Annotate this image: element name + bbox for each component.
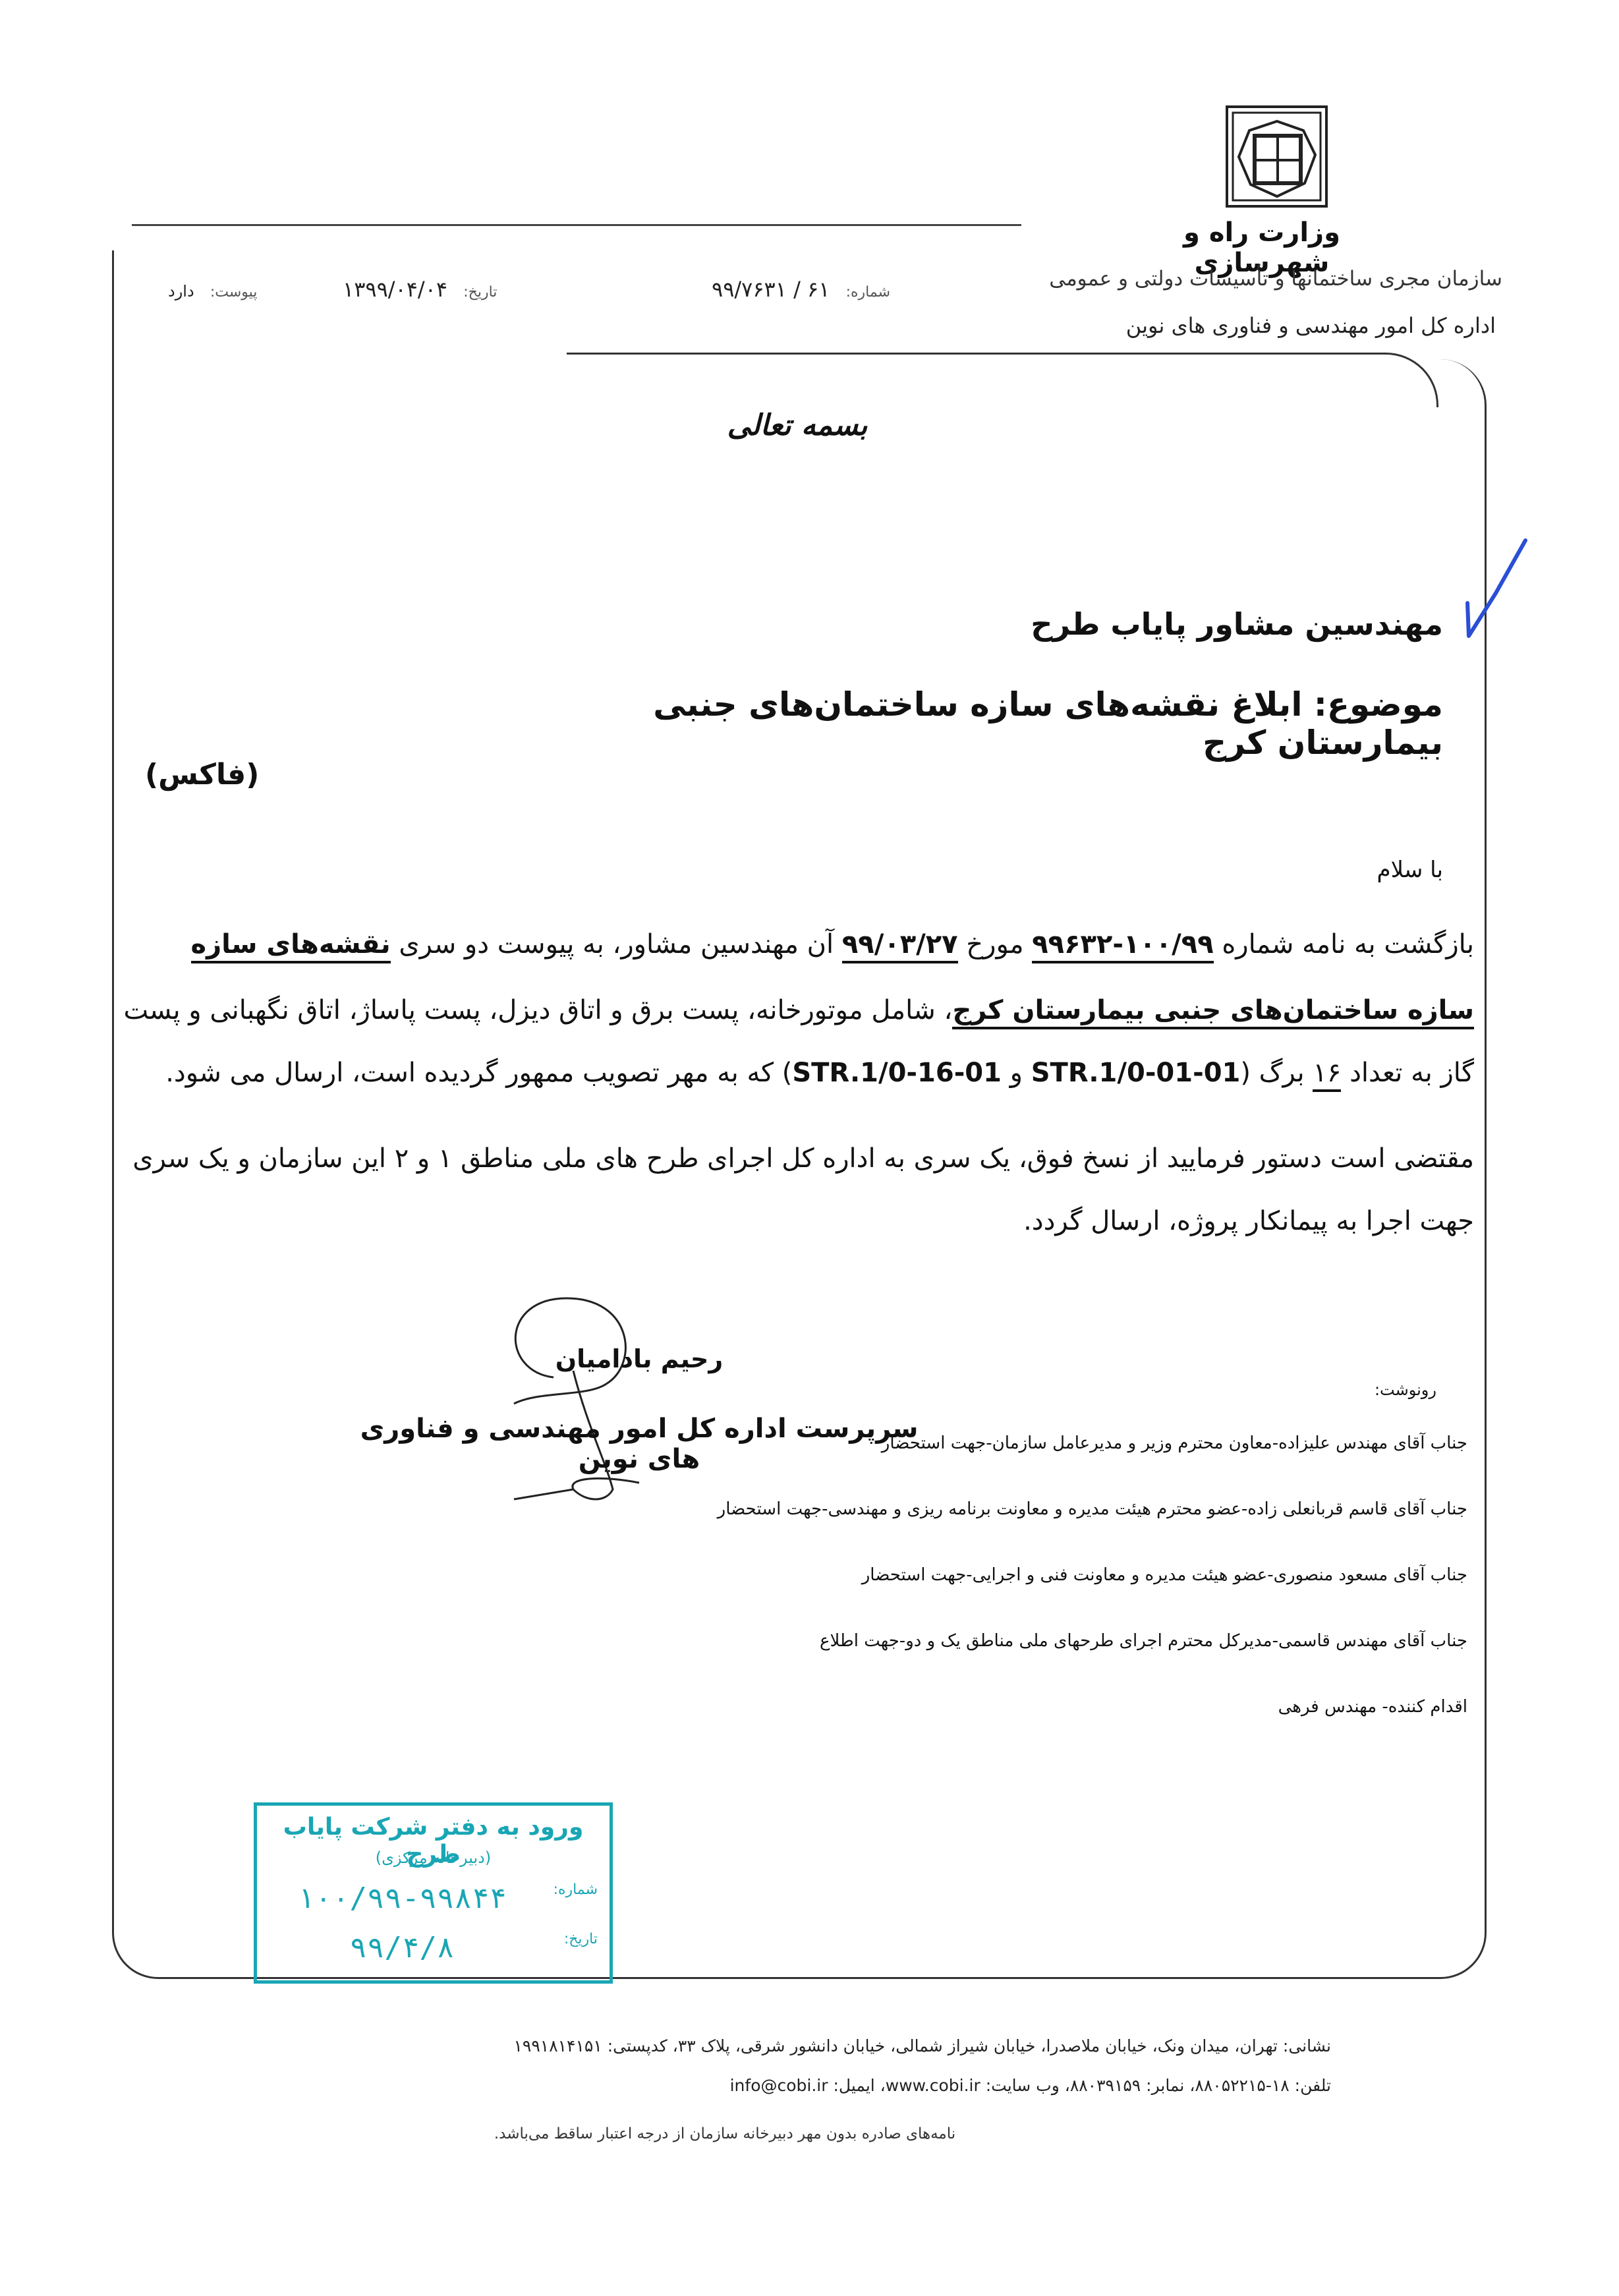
invocation: بسمه تعالی	[725, 409, 870, 442]
body-emphasis: سازه ساختمان‌های جنبی بیمارستان کرج	[952, 995, 1474, 1029]
body-line-3: گاز به تعداد ۱۶ برگ (STR.1/0-01-01 و STR…	[165, 1058, 1474, 1088]
reference-date: ۹۹/۰۳/۲۷	[842, 929, 958, 963]
footer-note: نامه‌های صادره بدون مهر دبیرخانه سازمان …	[461, 2125, 988, 2142]
letter-number-value: ۶۱ / ۹۹/۷۶۳۱	[712, 277, 830, 302]
fax-label: (فاکس)	[145, 758, 290, 791]
letter-number-label: شماره:	[846, 284, 890, 301]
footer-contact: تلفن: ۱۸-۸۸۰۵۲۲۱۵، نمابر: ۸۸۰۳۹۱۵۹، وب س…	[264, 2076, 1331, 2095]
body-line-1: بازگشت به نامه شماره ۱۰۰/۹۹-۹۹۶۳۲ مورخ ۹…	[191, 929, 1475, 960]
stamp-number-value: ۱۰۰/۹۹-۹۹۸۴۴	[283, 1881, 521, 1915]
organization-name: سازمان مجری ساختمانها و تأسیسات دولتی و …	[1015, 267, 1502, 291]
letter-attachment: پیوست: دارد	[168, 277, 257, 302]
signature-scribble	[474, 1292, 751, 1509]
letter-date: تاریخ: ۱۳۹۹/۰۴/۰۴	[343, 277, 497, 302]
cc-item: جناب آقای مهندس قاسمی-مدیرکل محترم اجرای…	[820, 1631, 1467, 1651]
letter-date-value: ۱۳۹۹/۰۴/۰۴	[343, 277, 447, 302]
ministry-emblem-icon	[1226, 105, 1328, 208]
body-text: مورخ	[958, 929, 1033, 960]
body-text: ، شامل موتورخانه، پست برق و اتاق دیزل، پ…	[123, 995, 952, 1025]
stamp-subtitle: (دبیرخانه مرکزی)	[257, 1849, 610, 1867]
body-text: برگ (	[1240, 1058, 1313, 1088]
cc-item: جناب آقای مهندس علیزاده-معاون محترم وزیر…	[479, 1433, 1467, 1453]
department-name: اداره کل امور مهندسی و فناوری های نوین	[1041, 313, 1496, 338]
letter-date-label: تاریخ:	[463, 284, 497, 301]
cc-label: رونوشت:	[1318, 1381, 1436, 1399]
attachment-label: پیوست:	[210, 284, 258, 301]
body-text: آن مهندسین مشاور، به پیوست دو سری	[391, 929, 842, 960]
recipient: مهندسین مشاور پایاب طرح	[791, 606, 1443, 642]
letter-number: شماره: ۶۱ / ۹۹/۷۶۳۱	[712, 277, 890, 302]
body-line-5: جهت اجرا به پیمانکار پروژه، ارسال گردد.	[1023, 1206, 1474, 1236]
letter-frame-top	[567, 353, 1438, 407]
reference-number: ۱۰۰/۹۹-۹۹۶۳۲	[1032, 929, 1213, 963]
body-text: و	[1002, 1058, 1031, 1088]
drawing-code: STR.1/0-01-01	[1031, 1058, 1241, 1088]
footer-address: نشانی: تهران، میدان ونک، خیابان ملاصدرا،…	[264, 2036, 1331, 2055]
body-line-4: مقتضی است دستور فرمایید از نسخ فوق، یک س…	[132, 1143, 1474, 1174]
body-emphasis: نقشه‌های سازه	[191, 929, 391, 963]
stamp-date-label: تاریخ:	[564, 1931, 598, 1947]
body-text: گاز به تعداد	[1341, 1058, 1474, 1088]
check-mark-icon	[1460, 531, 1532, 643]
drawing-code: STR.1/0-16-01	[792, 1058, 1002, 1088]
body-text: بازگشت به نامه شماره	[1214, 929, 1474, 960]
cc-item: جناب آقای مسعود منصوری-عضو هیئت مدیره و …	[862, 1565, 1467, 1585]
body-text: ) که به مهر تصویب ممهور گردیده است، ارسا…	[165, 1058, 792, 1088]
salutation: با سلام	[1252, 857, 1443, 883]
attachment-value: دارد	[168, 282, 194, 301]
cc-item: جناب آقای قاسم قربانعلی زاده-عضو محترم ه…	[718, 1499, 1467, 1519]
body-line-2: سازه ساختمان‌های جنبی بیمارستان کرج، شام…	[123, 995, 1474, 1025]
stamp-date-value: ۹۹/۴/۸	[283, 1931, 521, 1965]
action-by: اقدام کننده- مهندس فرهی	[1278, 1697, 1467, 1717]
stamp-number-label: شماره:	[554, 1881, 598, 1898]
received-stamp: ورود به دفتر شرکت پایاب طرح (دبیرخانه مر…	[254, 1802, 613, 1984]
signatory-name: رحیم بادامیان	[534, 1344, 745, 1373]
subject: موضوع: ابلاغ نقشه‌های سازه ساختمان‌های ج…	[580, 685, 1443, 762]
header-divider	[132, 224, 1021, 226]
sheet-count: ۱۶	[1313, 1058, 1341, 1092]
